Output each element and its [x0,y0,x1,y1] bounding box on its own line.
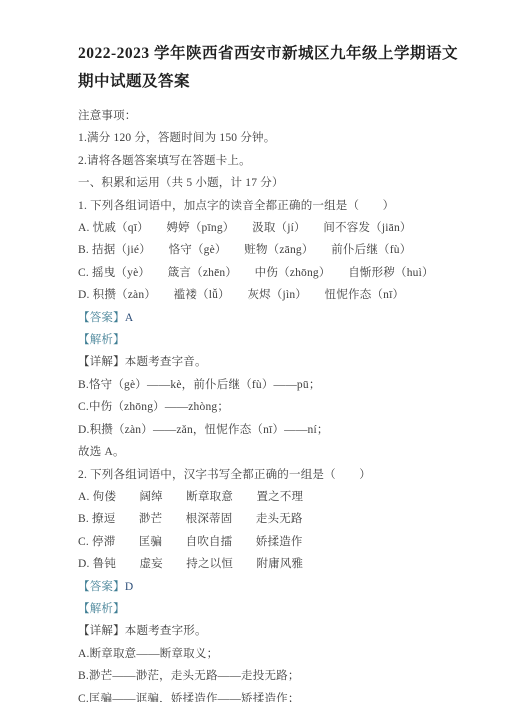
question-1-option-c: C. 摇曳（yè） 箴言（zhēn） 中伤（zhōng） 自惭形秽（huì） [78,262,464,284]
question-2-answer-line: 【答案】D [78,576,464,598]
question-1-analysis-line: 【解析】 [78,329,464,351]
question-1-detail-line: D.积攒（zàn）——zǎn，忸怩作态（nī）——ní； [78,419,464,441]
question-2-detail-line: C.匡骗——诓骗，娇揉造作——矫揉造作； [78,688,464,702]
question-1-stem: 1. 下列各组词语中，加点字的读音全都正确的一组是（ ） [78,195,464,217]
question-2-option-b: B. 撩逗 渺芒 根深蒂固 走头无路 [78,508,464,530]
notice-item: 1.满分 120 分，答题时间为 150 分钟。 [78,127,464,149]
question-2-option-d: D. 鲁钝 虚妄 持之以恒 附庸风雅 [78,553,464,575]
question-1-detail-line: C.中伤（zhōng）——zhòng； [78,396,464,418]
question-2-detail-line: 【详解】本题考查字形。 [78,620,464,642]
section-heading: 一、积累和运用（共 5 小题，计 17 分） [78,172,464,194]
answer-label: 【答案】 [78,312,125,324]
question-1-answer-line: 【答案】A [78,307,464,329]
question-1-detail-line: 【详解】本题考查字音。 [78,351,464,373]
question-2-detail-line: A.断章取意——断章取义； [78,643,464,665]
question-2-analysis-line: 【解析】 [78,598,464,620]
page-title: 2022-2023 学年陕西省西安市新城区九年级上学期语文期中试题及答案 [78,40,464,96]
question-1-option-a: A. 忧戚（qī） 娉婷（pīng） 汲取（jí） 间不容发（jiān） [78,217,464,239]
exam-document-page: 2022-2023 学年陕西省西安市新城区九年级上学期语文期中试题及答案 注意事… [0,0,526,702]
question-1-detail-line: B.恪守（gè）——kè，前仆后继（fù）——pū； [78,374,464,396]
notice-heading: 注意事项： [78,105,464,127]
question-2-detail-line: B.渺芒——渺茫，走头无路——走投无路； [78,665,464,687]
question-2-stem: 2. 下列各组词语中，汉字书写全都正确的一组是（ ） [78,464,464,486]
analysis-label: 【解析】 [78,334,125,346]
question-2-option-c: C. 停滞 匡骗 自吹自擂 娇揉造作 [78,531,464,553]
answer-value: D [125,581,134,593]
question-2-option-a: A. 佝偻 阔绰 断章取意 置之不理 [78,486,464,508]
notice-item: 2.请将各题答案填写在答题卡上。 [78,150,464,172]
answer-label: 【答案】 [78,581,125,593]
question-1-option-d: D. 积攒（zàn） 褴褛（lǚ） 灰烬（jìn） 忸怩作态（nī） [78,284,464,306]
question-1-option-b: B. 拮据（jié） 恪守（gè） 赃物（zāng） 前仆后继（fù） [78,239,464,261]
answer-value: A [125,312,134,324]
analysis-label: 【解析】 [78,603,125,615]
question-1-detail-line: 故选 A。 [78,441,464,463]
